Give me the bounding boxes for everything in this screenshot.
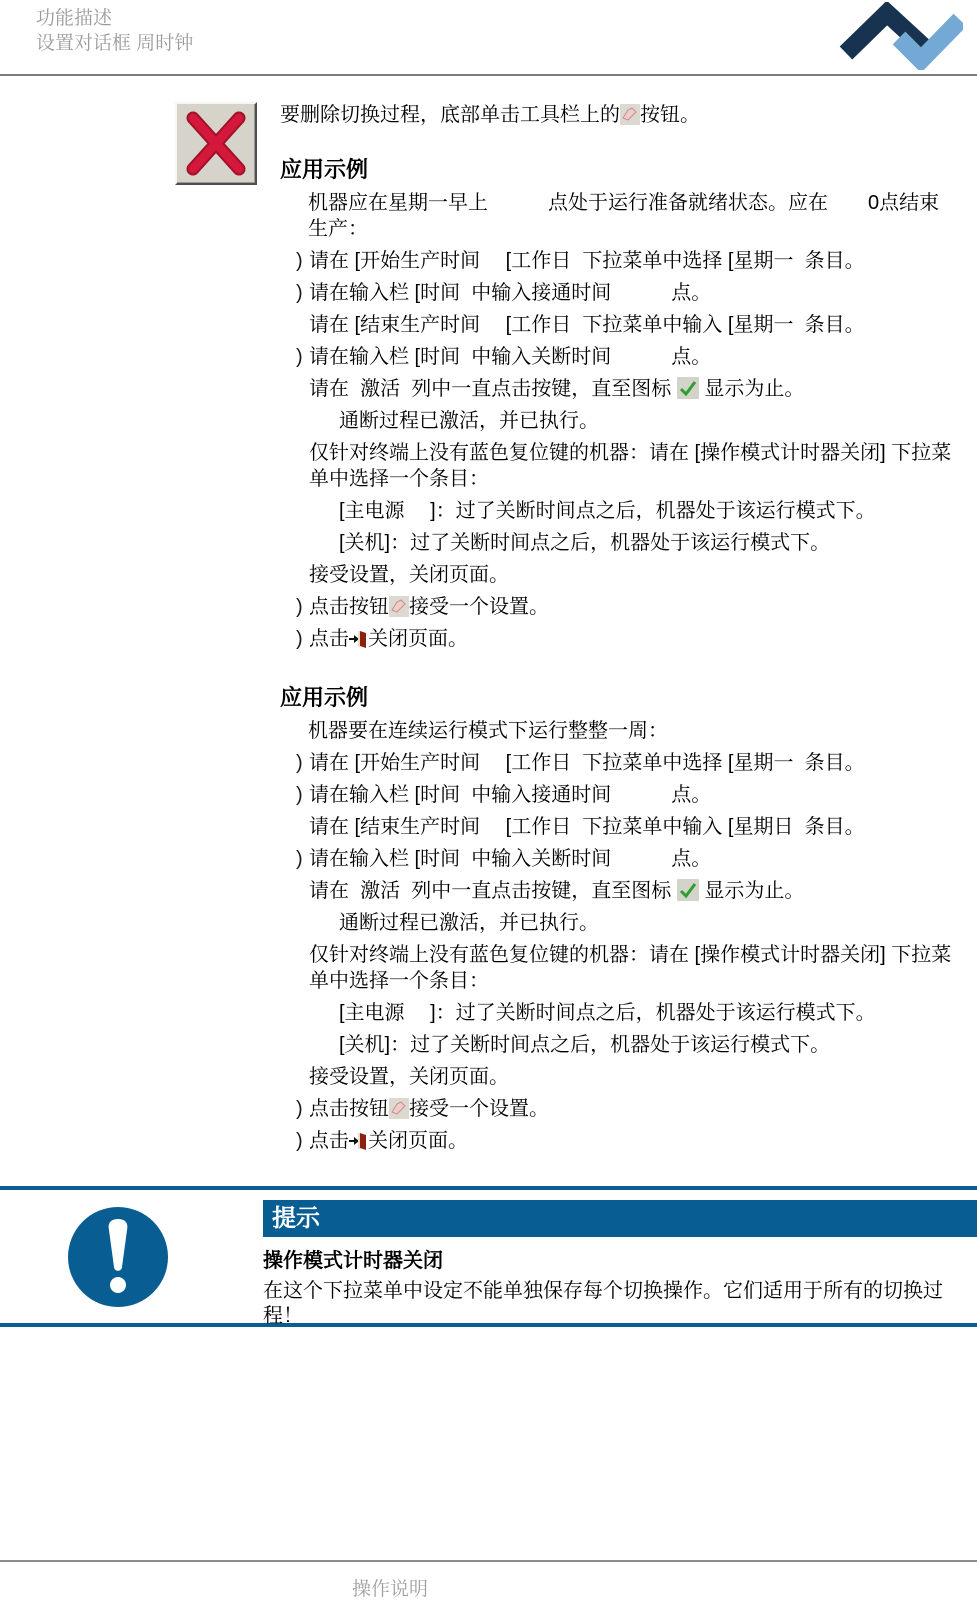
step-item: )点击关闭页面。: [296, 1128, 977, 1154]
step-item: )请在输入栏 [时间 中输入关断时间 点。: [296, 344, 977, 370]
step-marker: [296, 376, 309, 402]
step-text: 请在输入栏 [时间 中输入接通时间 点。: [309, 280, 711, 306]
hand-button-icon: [389, 1098, 409, 1119]
footer-label: 操作说明: [352, 1574, 428, 1601]
step-marker: [326, 1032, 339, 1058]
step-item: )请在输入栏 [时间 中输入关断时间 点。: [296, 846, 977, 872]
step-text: 通断过程已激活，并已执行。: [339, 408, 599, 434]
step-item: [主电源 ]：过了关断时间点之后，机器处于该运行模式下。: [326, 1000, 977, 1026]
step-text: 请在输入栏 [时间 中输入接通时间 点。: [309, 782, 711, 808]
header-line2: 设置对话框 周时钟: [36, 33, 193, 54]
exit-door-icon: [349, 1131, 368, 1151]
step-text-pre: 请在 激活 列中一直点击按键，直至图标: [309, 378, 677, 400]
step-text: 请在 [开始生产时间 [工作日 下拉菜单中选择 [星期一 条目。: [309, 750, 865, 776]
step-text: [主电源 ]：过了关断时间点之后，机器处于该运行模式下。: [339, 1000, 876, 1026]
step-item: 仅针对终端上没有蓝色复位键的机器：请在 [操作模式计时器关闭] 下拉菜 单中选择…: [296, 440, 977, 492]
step-text-pre: 点击按钮: [309, 596, 389, 618]
exit-door-icon: [349, 629, 368, 649]
step-item: 请在 激活 列中一直点击按键，直至图标 显示为止。: [296, 878, 977, 904]
step-marker: [326, 408, 339, 434]
step-marker: ): [296, 846, 309, 872]
step-text: 点击关闭页面。: [309, 626, 468, 652]
step-marker: ): [296, 594, 309, 620]
step-marker: [296, 312, 309, 338]
step-text-pre: 点击: [309, 628, 349, 650]
step-text: 点击按钮接受一个设置。: [309, 594, 549, 620]
intro-pre: 要删除切换过程，底部单击工具栏上的: [280, 104, 620, 126]
step-item: 请在 [结束生产时间 [工作日 下拉菜单中输入 [星期日 条目。: [296, 814, 977, 840]
step-item: [关机]：过了关断时间点之后，机器处于该运行模式下。: [326, 1032, 977, 1058]
notice-text-column: 提示 操作模式计时器关闭 在这个下拉菜单中设定不能单独保存每个切换操作。它们适用…: [263, 1190, 977, 1329]
step-item: [关机]：过了关断时间点之后，机器处于该运行模式下。: [326, 530, 977, 556]
section-lead: 机器要在连续运行模式下运行整整一周：: [308, 718, 977, 744]
step-text: 请在 激活 列中一直点击按键，直至图标 显示为止。: [309, 878, 804, 904]
notice-title: 提示: [272, 1205, 320, 1232]
step-text: 通断过程已激活，并已执行。: [339, 910, 599, 936]
step-item: )点击按钮接受一个设置。: [296, 1096, 977, 1122]
step-text: 请在 [结束生产时间 [工作日 下拉菜单中输入 [星期一 条目。: [309, 312, 865, 338]
step-marker: ): [296, 1096, 309, 1122]
step-text: 点击按钮接受一个设置。: [309, 1096, 549, 1122]
notice-title-bar: 提示: [263, 1200, 977, 1237]
step-text: [关机]：过了关断时间点之后，机器处于该运行模式下。: [339, 530, 830, 556]
step-item: )点击关闭页面。: [296, 626, 977, 652]
main-content: 要删除切换过程，底部单击工具栏上的按钮。 应用示例 机器应在星期一早上 点处于运…: [0, 76, 977, 1154]
header-line1: 功能描述: [36, 8, 112, 29]
step-text-post: 关闭页面。: [368, 628, 468, 650]
step-text: 仅针对终端上没有蓝色复位键的机器：请在 [操作模式计时器关闭] 下拉菜 单中选择…: [309, 440, 951, 492]
step-marker: ): [296, 626, 309, 652]
step-marker: ): [296, 782, 309, 808]
brand-logo-icon: [838, 2, 963, 70]
steps-list: )请在 [开始生产时间 [工作日 下拉菜单中选择 [星期一 条目。 )请在输入栏…: [280, 248, 977, 652]
checkmark-icon: [677, 377, 699, 399]
step-item: 接受设置，关闭页面。: [296, 1064, 977, 1090]
section-heading: 应用示例: [280, 156, 977, 184]
step-marker: ): [296, 344, 309, 370]
step-text: 接受设置，关闭页面。: [309, 562, 509, 588]
step-text-post: 显示为止。: [699, 880, 805, 902]
step-text-post: 关闭页面。: [368, 1130, 468, 1152]
checkmark-icon: [677, 879, 699, 901]
step-marker: ): [296, 1128, 309, 1154]
step-marker: [326, 498, 339, 524]
section-lead: 机器应在星期一早上 点处于运行准备就绪状态。应在 0点结束 生产：: [308, 190, 977, 242]
section-heading: 应用示例: [280, 684, 977, 712]
step-text: [关机]：过了关断时间点之后，机器处于该运行模式下。: [339, 1032, 830, 1058]
step-item: 请在 [结束生产时间 [工作日 下拉菜单中输入 [星期一 条目。: [296, 312, 977, 338]
step-text: 请在 [开始生产时间 [工作日 下拉菜单中选择 [星期一 条目。: [309, 248, 865, 274]
step-marker: [326, 1000, 339, 1026]
step-text: 请在 激活 列中一直点击按键，直至图标 显示为止。: [309, 376, 804, 402]
intro-post: 按钮。: [640, 104, 700, 126]
notice-body-text: 在这个下拉菜单中设定不能单独保存每个切换操作。它们适用于所有的切换过 程！: [263, 1279, 963, 1329]
step-item: )请在输入栏 [时间 中输入接通时间 点。: [296, 782, 977, 808]
step-marker: [296, 878, 309, 904]
step-item: )请在 [开始生产时间 [工作日 下拉菜单中选择 [星期一 条目。: [296, 248, 977, 274]
step-marker: [326, 910, 339, 936]
step-text-pre: 点击按钮: [309, 1098, 389, 1120]
exclamation-mandatory-icon: [66, 1205, 170, 1309]
step-marker: [296, 814, 309, 840]
step-text: 点击关闭页面。: [309, 1128, 468, 1154]
step-item: )点击按钮接受一个设置。: [296, 594, 977, 620]
page-footer: 操作说明: [0, 1560, 977, 1562]
step-marker: [296, 440, 309, 492]
hand-button-icon: [620, 104, 640, 125]
step-item: )请在输入栏 [时间 中输入接通时间 点。: [296, 280, 977, 306]
page-header: 功能描述设置对话框 周时钟: [0, 0, 977, 76]
step-text-pre: 请在 激活 列中一直点击按键，直至图标: [309, 880, 677, 902]
hand-button-icon: [389, 596, 409, 617]
step-text: 仅针对终端上没有蓝色复位键的机器：请在 [操作模式计时器关闭] 下拉菜 单中选择…: [309, 942, 951, 994]
step-item: 仅针对终端上没有蓝色复位键的机器：请在 [操作模式计时器关闭] 下拉菜 单中选择…: [296, 942, 977, 994]
step-text: [主电源 ]：过了关断时间点之后，机器处于该运行模式下。: [339, 498, 876, 524]
notice-subtitle: 操作模式计时器关闭: [263, 1249, 977, 1273]
step-text-post: 接受一个设置。: [409, 596, 549, 618]
step-item: )请在 [开始生产时间 [工作日 下拉菜单中选择 [星期一 条目。: [296, 750, 977, 776]
step-text-post: 显示为止。: [699, 378, 805, 400]
step-item: [主电源 ]：过了关断时间点之后，机器处于该运行模式下。: [326, 498, 977, 524]
step-text: 请在输入栏 [时间 中输入关断时间 点。: [309, 846, 711, 872]
step-item: 通断过程已激活，并已执行。: [326, 910, 977, 936]
step-marker: [296, 942, 309, 994]
steps-list: )请在 [开始生产时间 [工作日 下拉菜单中选择 [星期一 条目。 )请在输入栏…: [280, 750, 977, 1154]
notice-body-area: 提示 操作模式计时器关闭 在这个下拉菜单中设定不能单独保存每个切换操作。它们适用…: [0, 1190, 977, 1323]
step-item: 接受设置，关闭页面。: [296, 562, 977, 588]
step-text: 请在输入栏 [时间 中输入关断时间 点。: [309, 344, 711, 370]
step-marker: ): [296, 248, 309, 274]
header-breadcrumb: 功能描述设置对话框 周时钟: [36, 6, 193, 56]
step-text-post: 接受一个设置。: [409, 1098, 549, 1120]
step-item: 通断过程已激活，并已执行。: [326, 408, 977, 434]
step-text-pre: 点击: [309, 1130, 349, 1152]
step-item: 请在 激活 列中一直点击按键，直至图标 显示为止。: [296, 376, 977, 402]
step-text: 请在 [结束生产时间 [工作日 下拉菜单中输入 [星期日 条目。: [309, 814, 865, 840]
step-marker: ): [296, 280, 309, 306]
step-marker: ): [296, 750, 309, 776]
red-x-icon: [175, 102, 257, 185]
step-marker: [326, 530, 339, 556]
step-marker: [296, 562, 309, 588]
step-text: 接受设置，关闭页面。: [309, 1064, 509, 1090]
notice-box: 提示 操作模式计时器关闭 在这个下拉菜单中设定不能单独保存每个切换操作。它们适用…: [0, 1186, 977, 1327]
step-marker: [296, 1064, 309, 1090]
manual-page: 功能描述设置对话框 周时钟 要删除切换过程，底部单击工具栏上的按钮。 应用示例 …: [0, 0, 977, 1606]
intro-line: 要删除切换过程，底部单击工具栏上的按钮。: [280, 102, 977, 128]
